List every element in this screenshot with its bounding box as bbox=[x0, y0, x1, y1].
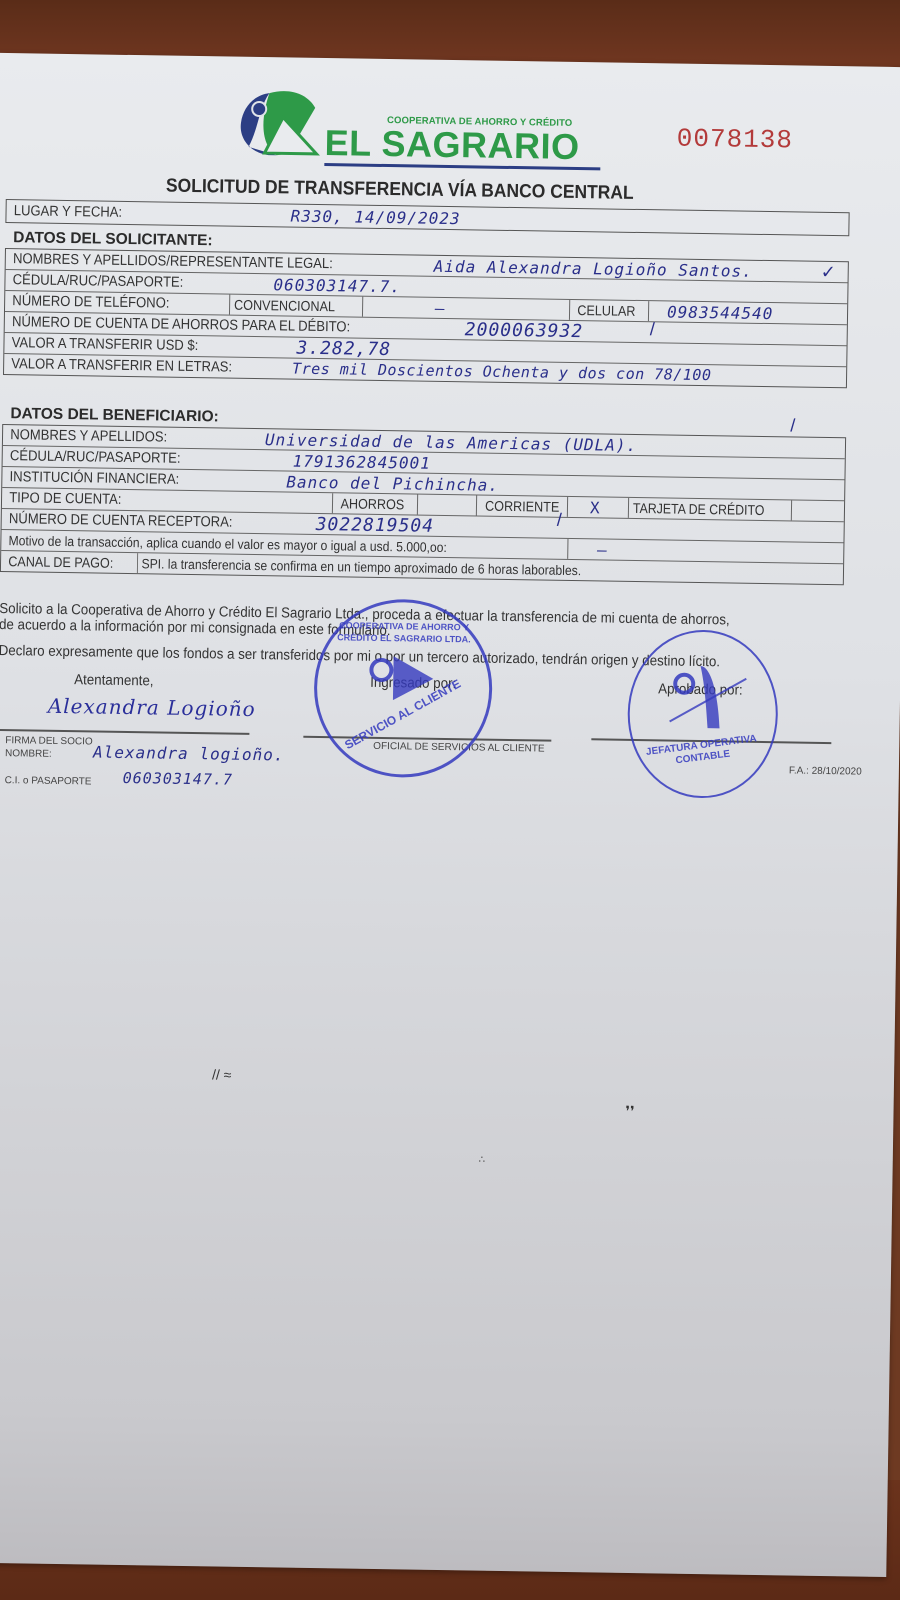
channel-label: CANAL DE PAGO: bbox=[1, 553, 113, 571]
bank-value[interactable]: Banco del Pichincha. bbox=[286, 472, 499, 494]
bank-label: INSTITUCIÓN FINANCIERA: bbox=[2, 469, 179, 488]
member-signature-label: FIRMA DEL SOCIO bbox=[5, 735, 93, 747]
paper-mark: ∴ bbox=[479, 1155, 486, 1166]
account-type-credit-card[interactable]: TARJETA DE CRÉDITO bbox=[628, 498, 792, 521]
service-stamp-ring: COOPERATIVA DE AHORRO Y CRÉDITO EL SAGRA… bbox=[318, 619, 490, 646]
check-mark-icon: / bbox=[790, 415, 795, 436]
cooperative-logo: COOPERATIVA DE AHORRO Y CRÉDITO EL SAGRA… bbox=[228, 87, 599, 168]
applicant-section-title: DATOS DEL SOLICITANTE: bbox=[13, 229, 213, 250]
amount-words-value[interactable]: Tres mil Doscientos Ochenta y dos con 78… bbox=[292, 360, 712, 385]
paper-mark: ❜❜ bbox=[625, 1103, 634, 1120]
account-type-checking[interactable]: CORRIENTE bbox=[476, 495, 568, 516]
logo-mark-icon bbox=[228, 87, 325, 158]
member-signature-line bbox=[0, 729, 249, 734]
form-approval-date: F.A.: 28/10/2020 bbox=[789, 765, 862, 777]
reason-divider bbox=[567, 539, 569, 559]
applicant-id-label: CÉDULA/RUC/PASAPORTE: bbox=[5, 272, 183, 291]
beneficiary-name-label: NOMBRES Y APELLIDOS: bbox=[3, 427, 167, 446]
mobile-label-cell: CELULAR bbox=[569, 300, 649, 321]
applicant-box: NOMBRES Y APELLIDOS/REPRESENTANTE LEGAL:… bbox=[3, 248, 849, 388]
receiving-account-value[interactable]: 3022819504 bbox=[316, 513, 435, 536]
amount-value[interactable]: 3.282,78 bbox=[296, 337, 391, 359]
checking-label: CORRIENTE bbox=[485, 498, 559, 515]
beneficiary-id-value[interactable]: 1791362845001 bbox=[293, 451, 432, 472]
paper-form: COOPERATIVA DE AHORRO Y CRÉDITO EL SAGRA… bbox=[0, 53, 900, 1577]
member-id-label: C.I. o PASAPORTE bbox=[5, 775, 92, 787]
beneficiary-section-title: DATOS DEL BENEFICIARIO: bbox=[10, 405, 219, 426]
credit-card-label: TARJETA DE CRÉDITO bbox=[633, 500, 765, 518]
mobile-label: CELULAR bbox=[577, 302, 635, 319]
form-title: SOLICITUD DE TRANSFERENCIA VÍA BANCO CEN… bbox=[166, 176, 634, 205]
paper-mark: // ≈ bbox=[212, 1066, 232, 1082]
member-name-label: NOMBRE: bbox=[5, 748, 52, 760]
amount-words-label: VALOR A TRANSFERIR EN LETRAS: bbox=[4, 356, 232, 376]
mobile-value[interactable]: 0983544540 bbox=[667, 302, 774, 323]
accounting-stamp: JEFATURA OPERATIVA CONTABLE bbox=[626, 629, 779, 799]
accounting-stamp-center: JEFATURA OPERATIVA CONTABLE bbox=[628, 731, 776, 773]
account-type-label: TIPO DE CUENTA: bbox=[2, 490, 122, 508]
place-date-row: LUGAR Y FECHA: R330, 14/09/2023 bbox=[6, 200, 848, 235]
applicant-name-label: NOMBRES Y APELLIDOS/REPRESENTANTE LEGAL: bbox=[6, 251, 333, 272]
place-date-value[interactable]: R330, 14/09/2023 bbox=[290, 206, 460, 228]
stamp-logo-icon bbox=[659, 661, 750, 732]
reason-value[interactable]: — bbox=[597, 540, 608, 559]
check-mark-icon: / bbox=[650, 319, 655, 340]
checking-mark: X bbox=[590, 498, 601, 517]
beneficiary-box: NOMBRES Y APELLIDOS: Universidad de las … bbox=[0, 424, 846, 585]
landline-label: CONVENCIONAL bbox=[234, 297, 335, 315]
phone-label: NÚMERO DE TELÉFONO: bbox=[5, 293, 170, 312]
debit-account-value[interactable]: 2000063932 bbox=[465, 319, 584, 342]
applicant-id-value[interactable]: 060303147.7. bbox=[273, 275, 401, 296]
logo-name: EL SAGRARIO bbox=[324, 122, 580, 168]
member-id-value[interactable]: 060303147.7 bbox=[123, 769, 234, 789]
check-mark-icon: / bbox=[557, 510, 562, 531]
receiving-account-label: NÚMERO DE CUENTA RECEPTORA: bbox=[2, 511, 233, 531]
member-signature[interactable]: Alexandra Logioño bbox=[48, 694, 256, 721]
debit-account-label: NÚMERO DE CUENTA DE AHORROS PARA EL DÉBI… bbox=[5, 314, 351, 335]
place-date-label: LUGAR Y FECHA: bbox=[6, 203, 122, 221]
closing-text: Atentamente, bbox=[74, 672, 154, 689]
beneficiary-id-label: CÉDULA/RUC/PASAPORTE: bbox=[3, 448, 181, 467]
landline-label-cell: CONVENCIONAL bbox=[229, 295, 363, 317]
savings-label: AHORROS bbox=[340, 495, 404, 512]
serial-number: 0078138 bbox=[677, 124, 794, 156]
landline-value[interactable]: — bbox=[435, 298, 446, 317]
check-mark-icon: ✓ bbox=[821, 262, 836, 283]
member-name-value[interactable]: Alexandra logioño. bbox=[93, 742, 285, 764]
account-type-savings[interactable]: AHORROS bbox=[332, 493, 418, 514]
amount-label: VALOR A TRANSFERIR USD $: bbox=[4, 335, 198, 354]
